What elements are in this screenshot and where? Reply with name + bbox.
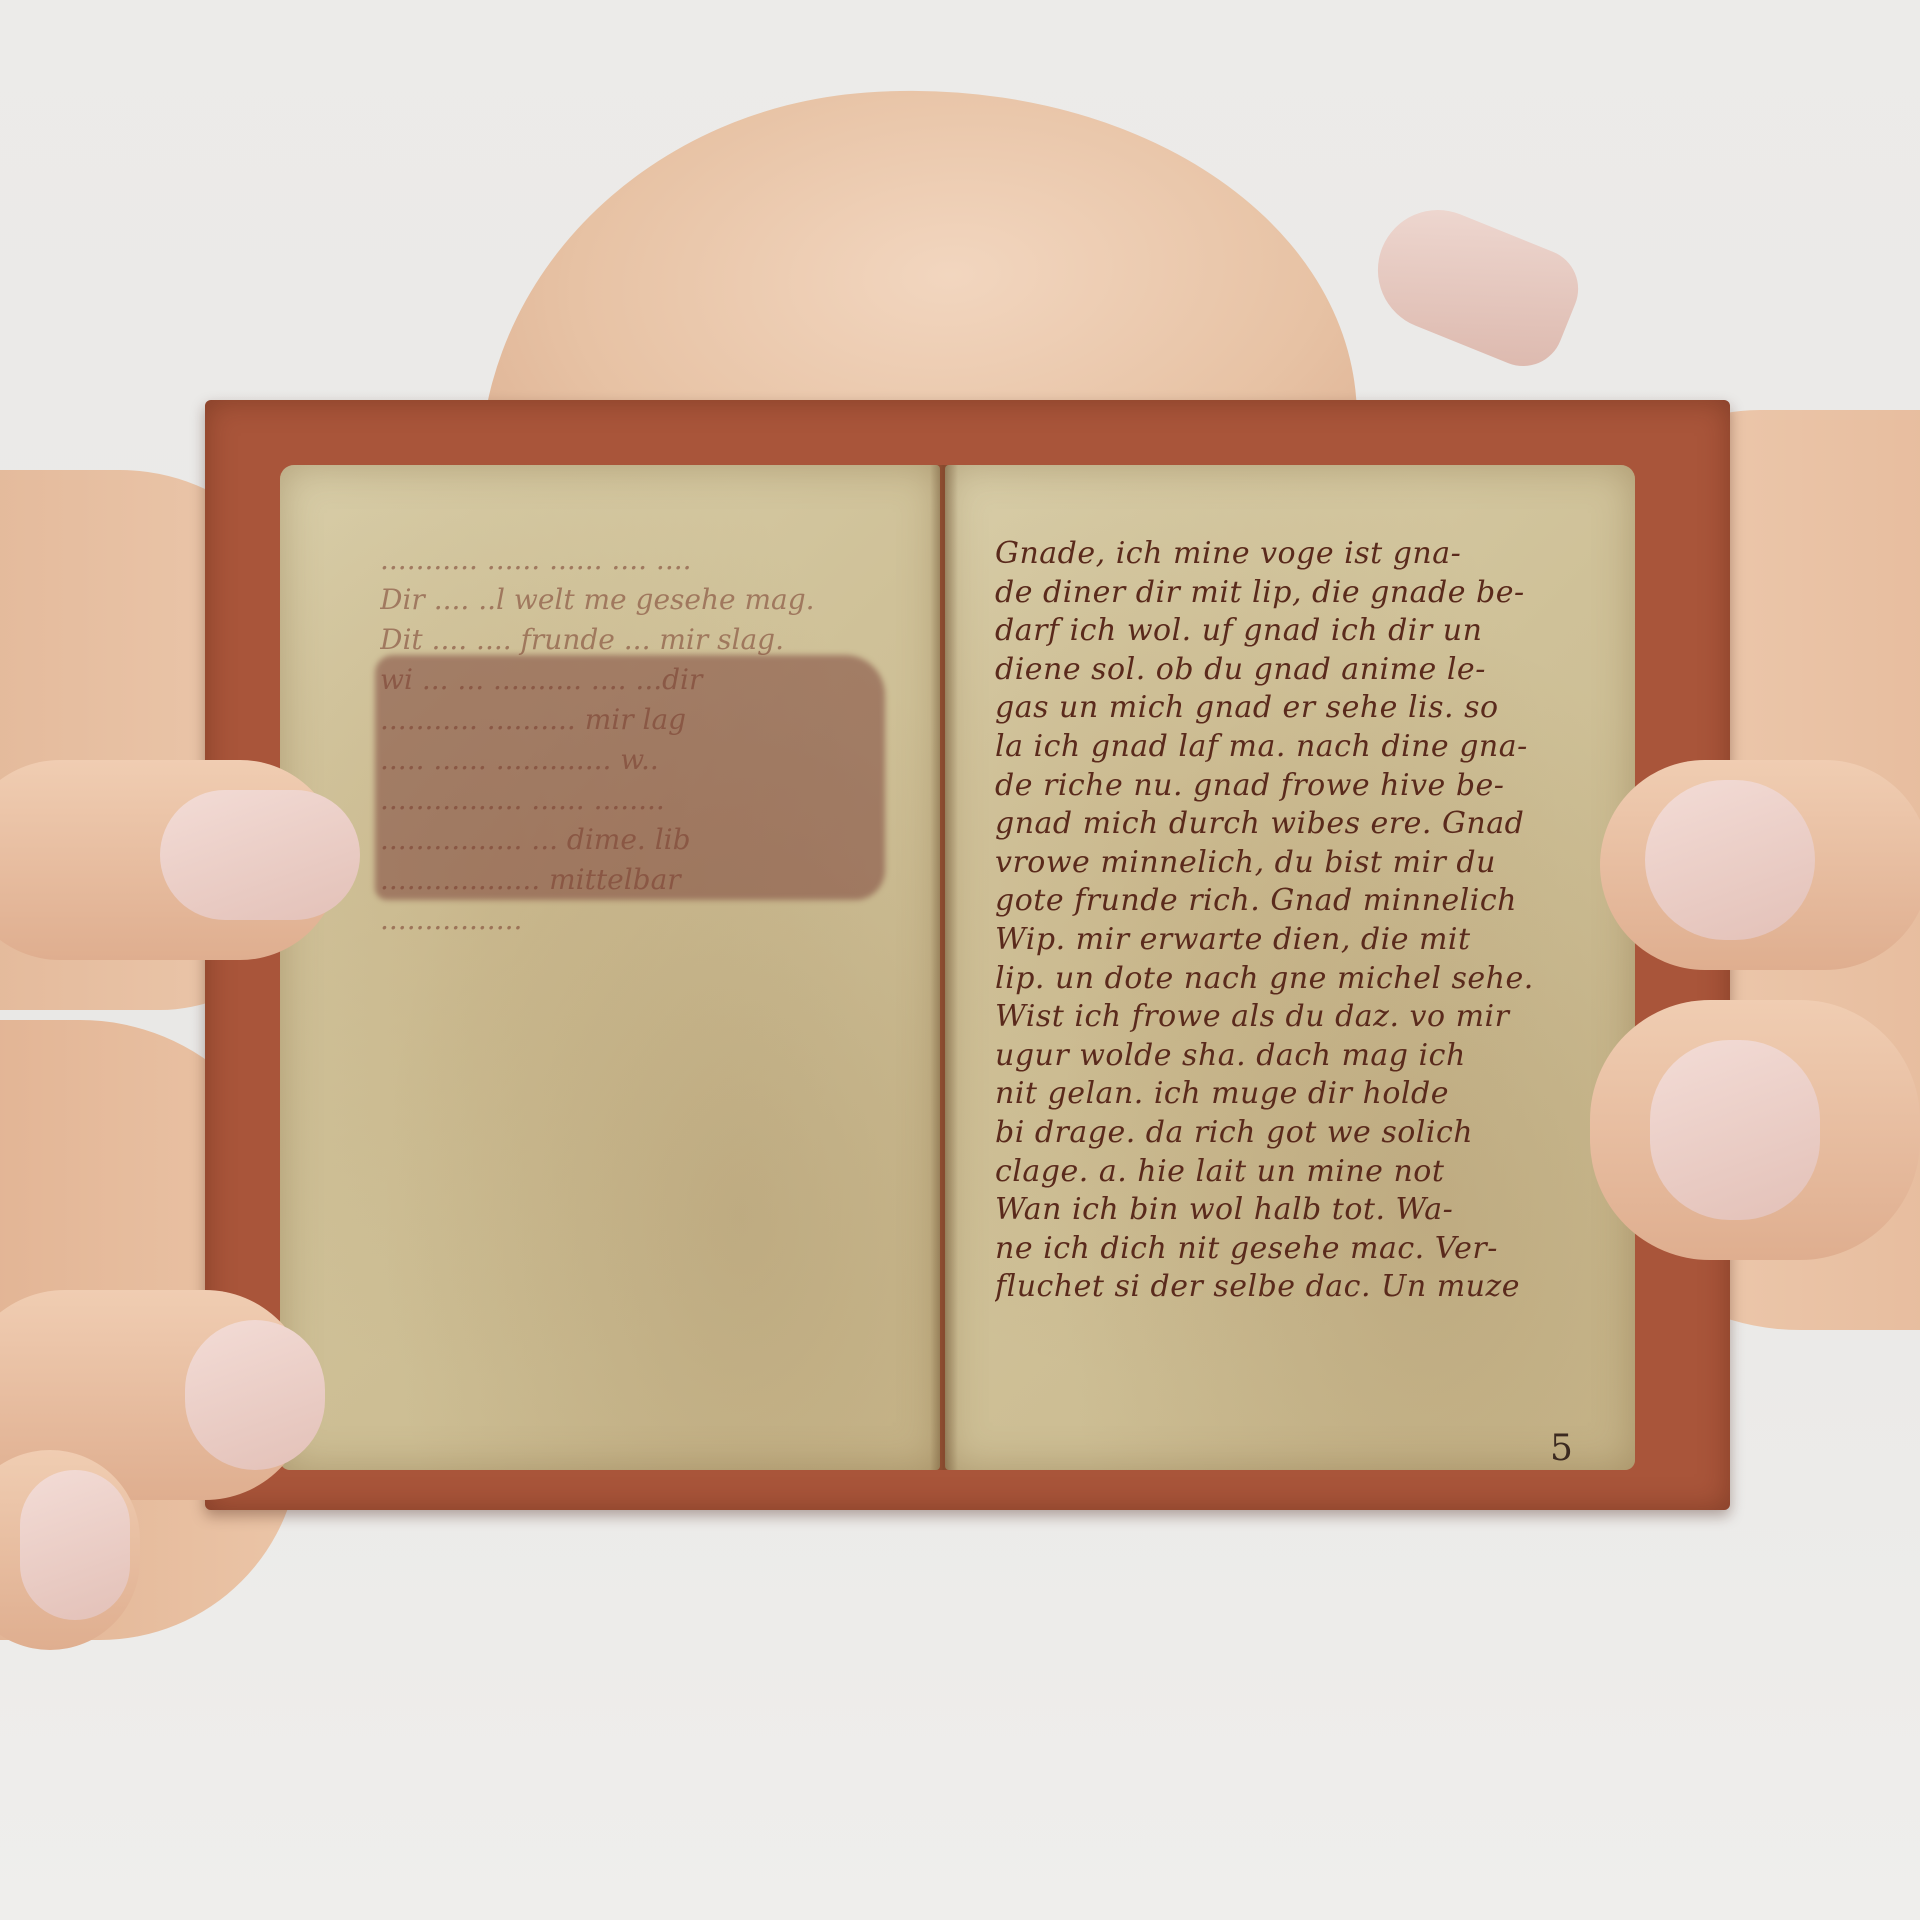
text-line: fluchet si der selbe dac. Un muze	[995, 1268, 1575, 1307]
text-line: la ich gnad laf ma. nach dine gna-	[995, 728, 1575, 767]
right-page-text: Gnade, ich mine voge ist gna- de diner d…	[995, 535, 1575, 1307]
text-line: Wip. mir erwarte dien, die mit	[995, 921, 1575, 960]
text-line: gnad mich durch wibes ere. Gnad	[995, 805, 1575, 844]
text-line: darf ich wol. uf gnad ich dir un	[995, 612, 1575, 651]
text-line: de riche nu. gnad frowe hive be-	[995, 767, 1575, 806]
text-line: .................. mittelbar	[380, 860, 920, 900]
text-line: ................	[380, 900, 920, 940]
text-line: vrowe minnelich, du bist mir du	[995, 844, 1575, 883]
text-line: bi drage. da rich got we solich	[995, 1114, 1575, 1153]
text-line: diene sol. ob du gnad anime le-	[995, 651, 1575, 690]
text-line: ugur wolde sha. dach mag ich	[995, 1037, 1575, 1076]
fingernail	[20, 1470, 130, 1620]
fingernail	[185, 1320, 325, 1470]
text-line: lip. un dote nach gne michel sehe.	[995, 960, 1575, 999]
left-page-text: ........... ...... ...... .... .... Dir …	[380, 540, 920, 940]
text-line: ........... ...... ...... .... ....	[380, 540, 920, 580]
text-line: ........... .......... mir lag	[380, 700, 920, 740]
text-line: Gnade, ich mine voge ist gna-	[995, 535, 1575, 574]
fingernail	[1650, 1040, 1820, 1220]
fingernail	[160, 790, 360, 920]
text-line: wi ... ... .......... .... ...dir	[380, 660, 920, 700]
folio-number: 5	[1550, 1428, 1573, 1469]
text-line: Wist ich frowe als du daz. vo mir	[995, 998, 1575, 1037]
text-line: ..... ...... ............. w..	[380, 740, 920, 780]
text-line: Dir .... ..l welt me gesehe mag.	[380, 580, 920, 620]
text-line: de diner dir mit lip, die gnade be-	[995, 574, 1575, 613]
text-line: ................ ... dime. lib	[380, 820, 920, 860]
fingernail	[1645, 780, 1815, 940]
book-gutter	[930, 465, 958, 1470]
text-line: Wan ich bin wol halb tot. Wa-	[995, 1191, 1575, 1230]
photo-scene: ........... ...... ...... .... .... Dir …	[0, 0, 1920, 1920]
text-line: Dit .... .... frunde ... mir slag.	[380, 620, 920, 660]
text-line: nit gelan. ich muge dir holde	[995, 1075, 1575, 1114]
text-line: clage. a. hie lait un mine not	[995, 1153, 1575, 1192]
text-line: ne ich dich nit gesehe mac. Ver-	[995, 1230, 1575, 1269]
text-line: gote frunde rich. Gnad minnelich	[995, 882, 1575, 921]
text-line: ................ ...... ........	[380, 780, 920, 820]
text-line: gas un mich gnad er sehe lis. so	[995, 689, 1575, 728]
top-thumbnail	[1360, 192, 1590, 378]
